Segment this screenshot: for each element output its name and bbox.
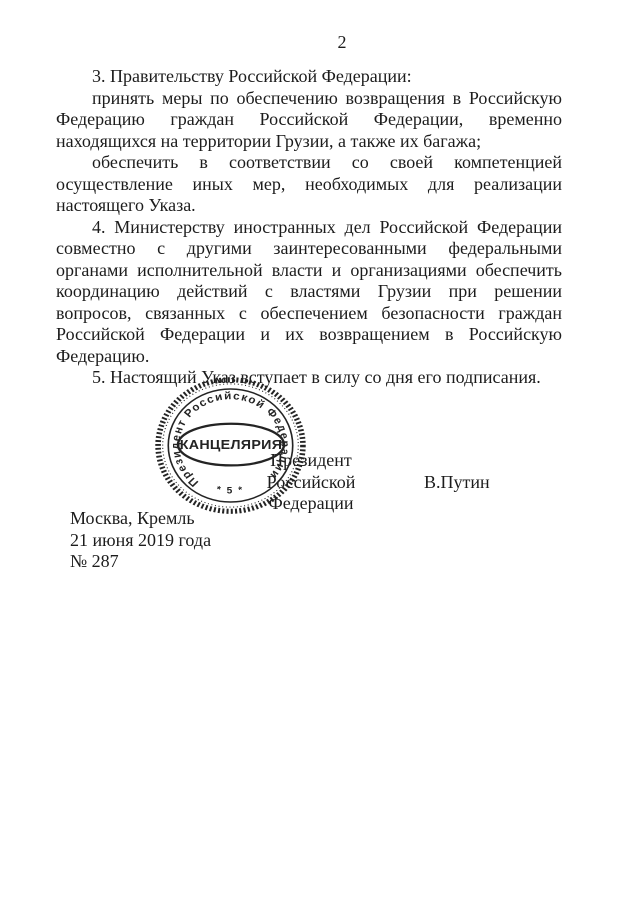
decree-body: 3. Правительству Российской Федерации: п…: [56, 66, 562, 389]
stamp-center-text: КАНЦЕЛЯРИЯ: [180, 438, 283, 452]
paragraph-item-3-measure-2: обеспечить в соответствии со своей компе…: [56, 152, 562, 217]
signer-name: В.Путин: [424, 472, 490, 494]
paragraph-item-4: 4. Министерству иностранных дел Российск…: [56, 217, 562, 368]
issue-date: 21 июня 2019 года: [70, 530, 211, 552]
paragraph-item-5: 5. Настоящий Указ вступает в силу со дня…: [56, 367, 562, 389]
stamp-bottom-text: * 5 *: [215, 484, 246, 496]
chancellery-stamp-icon: Президент Российской Федерации * 5 * КАН…: [154, 376, 307, 515]
issue-block: Москва, Кремль 21 июня 2019 года № 287: [70, 508, 211, 573]
svg-text:* 5 *: * 5 *: [215, 484, 246, 496]
document-page: 2 3. Правительству Российской Федерации:…: [0, 0, 640, 905]
paragraph-item-3-measure-1: принять меры по обеспечению возвращения …: [56, 88, 562, 153]
paragraph-item-3: 3. Правительству Российской Федерации:: [56, 66, 562, 88]
page-number: 2: [307, 32, 377, 53]
issue-number: № 287: [70, 551, 211, 573]
